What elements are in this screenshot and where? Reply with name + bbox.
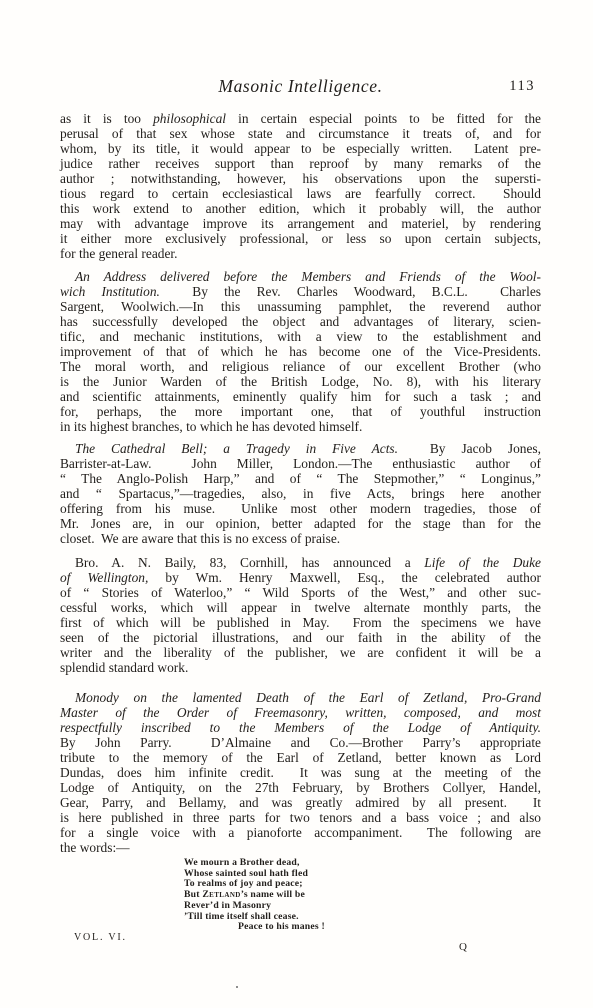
text-line: wich Institution. By the Rev. Charles Wo… <box>60 284 541 299</box>
text-run: Life of the Duke <box>424 555 541 570</box>
text-run: has successfully developed the object an… <box>60 314 541 329</box>
text-run: this work extend to another edition, whi… <box>60 201 541 216</box>
text-line: seen of the pictorial illustrations, and… <box>60 630 541 645</box>
text-line: whom, by its title, it would appear to b… <box>60 141 541 156</box>
text-line: Monody on the lamented Death of the Earl… <box>60 690 541 705</box>
text-line: Bro. A. N. Baily, 83, Cornhill, has anno… <box>60 555 541 570</box>
volume-label: VOL. VI. <box>74 932 127 943</box>
scan-speck <box>236 986 238 988</box>
text-run: wich Institution. <box>60 284 160 299</box>
text-run: closet. We are aware that this is no exc… <box>60 531 340 546</box>
text-run: tribute to the memory of the Earl of Zet… <box>60 750 541 765</box>
text-line: this work extend to another edition, whi… <box>60 201 541 216</box>
text-run: and scientific attainments, eminently qu… <box>60 389 541 404</box>
text-line: of “ Stories of Waterloo,” “ Wild Sports… <box>60 585 541 600</box>
text-run: improvement of that of which he has beco… <box>60 344 541 359</box>
paragraph: Monody on the lamented Death of the Earl… <box>60 690 541 855</box>
text-run: Monody on the lamented Death of the Earl… <box>75 690 541 705</box>
text-run: Whose sainted soul hath fled <box>184 868 308 879</box>
text-line: tious regard to certain ecclesiastical l… <box>60 186 541 201</box>
text-run: Sargent, Woolwich.—In this unassuming pa… <box>60 299 541 314</box>
text-run: By John Parry. D’Almaine and Co.—Brother… <box>60 735 541 750</box>
text-run: is here published in three parts for two… <box>60 810 541 825</box>
text-line: as it is too philosophical in certain es… <box>60 111 541 126</box>
text-line: may with advantage improve its arrangeme… <box>60 216 541 231</box>
text-run: for a single voice with a pianoforte acc… <box>60 825 541 840</box>
text-run: Peace to his manes ! <box>238 921 325 932</box>
text-line: “ The Anglo-Polish Harp,” and of “ The S… <box>60 471 541 486</box>
text-line: for the general reader. <box>60 246 541 261</box>
text-line: and “ Spartacus,”—tragedies, also, in fi… <box>60 486 541 501</box>
text-run: in certain especial points to be fitted … <box>226 111 541 126</box>
text-line: author ; notwithstanding, however, his o… <box>60 171 541 186</box>
text-line: respectfully inscribed to the Members of… <box>60 720 541 735</box>
text-run: by Wm. Henry Maxwell, Esq., the celebrat… <box>148 570 541 585</box>
text-line: Lodge of Antiquity, on the 27th February… <box>60 780 541 795</box>
text-run: philosophical <box>153 111 226 126</box>
text-run: judice rather receives support than repr… <box>60 156 541 171</box>
text-run: We mourn a Brother dead, <box>184 857 300 868</box>
text-run: “ The Anglo-Polish Harp,” and of “ The S… <box>60 471 541 486</box>
text-run: respectfully inscribed to the Members of… <box>60 720 541 735</box>
text-run: To realms of joy and peace; <box>184 878 303 889</box>
text-line: splendid standard work. <box>60 660 541 675</box>
text-line: first of which will be published in May.… <box>60 615 541 630</box>
text-line: By John Parry. D’Almaine and Co.—Brother… <box>60 735 541 750</box>
signature-mark: Q <box>459 941 467 953</box>
text-line: tribute to the memory of the Earl of Zet… <box>60 750 541 765</box>
text-line: the words:— <box>60 840 541 855</box>
text-line: has successfully developed the object an… <box>60 314 541 329</box>
text-line: in its highest branches, to which he has… <box>60 419 541 434</box>
verse-line: Peace to his manes ! <box>238 922 541 933</box>
text-run: Gear, Parry, and Bellamy, and was greatl… <box>60 795 541 810</box>
text-line: Gear, Parry, and Bellamy, and was greatl… <box>60 795 541 810</box>
text-run: Master of the Order of Freemasonry, writ… <box>60 705 541 720</box>
text-line: for a single voice with a pianoforte acc… <box>60 825 541 840</box>
text-run: as it is too <box>60 111 153 126</box>
verse-block: We mourn a Brother dead,Whose sainted so… <box>184 858 541 933</box>
text-line: Sargent, Woolwich.—In this unassuming pa… <box>60 299 541 314</box>
text-line: The Cathedral Bell; a Tragedy in Five Ac… <box>60 441 541 456</box>
text-line: is the Junior Warden of the British Lodg… <box>60 374 541 389</box>
text-run: writer and the liberality of the publish… <box>60 645 541 660</box>
text-run: ’Till time itself shall cease. <box>184 911 299 922</box>
text-run: in its highest branches, to which he has… <box>60 419 362 434</box>
scanned-page: Masonic Intelligence. 113 as it is too p… <box>0 0 593 1008</box>
text-run: By the Rev. Charles Woodward, B.C.L. Cha… <box>160 284 541 299</box>
text-run: An Address delivered before the Members … <box>75 269 541 284</box>
text-line: writer and the liberality of the publish… <box>60 645 541 660</box>
text-line: Dundas, does him infinite credit. It was… <box>60 765 541 780</box>
text-line: perusal of that sex whose state and circ… <box>60 126 541 141</box>
text-run: author ; notwithstanding, however, his o… <box>60 171 541 186</box>
text-run: seen of the pictorial illustrations, and… <box>60 630 541 645</box>
text-run: of Wellington, <box>60 570 148 585</box>
text-run: The moral worth, and religious reliance … <box>60 359 541 374</box>
text-run: of “ Stories of Waterloo,” “ Wild Sports… <box>60 585 541 600</box>
text-run: may with advantage improve its arrangeme… <box>60 216 541 231</box>
text-line: Barrister-at-Law. John Miller, London.—T… <box>60 456 541 471</box>
text-line: improvement of that of which he has beco… <box>60 344 541 359</box>
paragraph: An Address delivered before the Members … <box>60 269 541 434</box>
text-line: closet. We are aware that this is no exc… <box>60 531 541 546</box>
text-run: for, perhaps, the more important one, th… <box>60 404 541 419</box>
text-line: Mr. Jones are, in our opinion, better ad… <box>60 516 541 531</box>
text-run: Dundas, does him infinite credit. It was… <box>60 765 541 780</box>
text-line: Master of the Order of Freemasonry, writ… <box>60 705 541 720</box>
text-run: Bro. A. N. Baily, 83, Cornhill, has anno… <box>75 555 424 570</box>
page-header: Masonic Intelligence. 113 <box>60 76 541 100</box>
text-run: for the general reader. <box>60 246 177 261</box>
text-run: first of which will be published in May.… <box>60 615 541 630</box>
text-run: tious regard to certain ecclesiastical l… <box>60 186 541 201</box>
text-run: tific, and mechanic institutions, with a… <box>60 329 541 344</box>
text-line: for, perhaps, the more important one, th… <box>60 404 541 419</box>
text-line: and scientific attainments, eminently qu… <box>60 389 541 404</box>
text-run: Lodge of Antiquity, on the 27th February… <box>60 780 541 795</box>
text-run: is the Junior Warden of the British Lodg… <box>60 374 541 389</box>
text-run: and “ Spartacus,”—tragedies, also, in fi… <box>60 486 541 501</box>
paragraph: Bro. A. N. Baily, 83, Cornhill, has anno… <box>60 555 541 675</box>
text-run: cessful works, which will appear in twel… <box>60 600 541 615</box>
text-run: Mr. Jones are, in our opinion, better ad… <box>60 516 541 531</box>
text-run: it either more exclusively professional,… <box>60 231 541 246</box>
text-run: Rever’d in Masonry <box>184 900 271 911</box>
text-run: splendid standard work. <box>60 660 188 675</box>
text-line: tific, and mechanic institutions, with a… <box>60 329 541 344</box>
text-run: By Jacob Jones, <box>398 441 541 456</box>
text-run: Barrister-at-Law. John Miller, London.—T… <box>60 456 541 471</box>
text-line: An Address delivered before the Members … <box>60 269 541 284</box>
text-line: it either more exclusively professional,… <box>60 231 541 246</box>
text-run: The Cathedral Bell; a Tragedy in Five Ac… <box>75 441 398 456</box>
body-text: as it is too philosophical in certain es… <box>60 111 541 933</box>
text-run: whom, by its title, it would appear to b… <box>60 141 541 156</box>
text-run: But <box>184 889 202 900</box>
text-line: judice rather receives support than repr… <box>60 156 541 171</box>
text-line: cessful works, which will appear in twel… <box>60 600 541 615</box>
text-line: offering from his muse. Unlike most othe… <box>60 501 541 516</box>
paragraph: The Cathedral Bell; a Tragedy in Five Ac… <box>60 441 541 546</box>
paragraphs-container: as it is too philosophical in certain es… <box>60 111 541 855</box>
text-line: of Wellington, by Wm. Henry Maxwell, Esq… <box>60 570 541 585</box>
text-run: perusal of that sex whose state and circ… <box>60 126 541 141</box>
paragraph: as it is too philosophical in certain es… <box>60 111 541 261</box>
text-line: is here published in three parts for two… <box>60 810 541 825</box>
text-run: the words:— <box>60 840 130 855</box>
text-run: Zetland <box>202 889 240 900</box>
text-run: offering from his muse. Unlike most othe… <box>60 501 541 516</box>
text-run: ’s name will be <box>241 889 305 900</box>
page-number: 113 <box>509 78 535 95</box>
text-line: The moral worth, and religious reliance … <box>60 359 541 374</box>
running-title: Masonic Intelligence. <box>60 76 541 97</box>
